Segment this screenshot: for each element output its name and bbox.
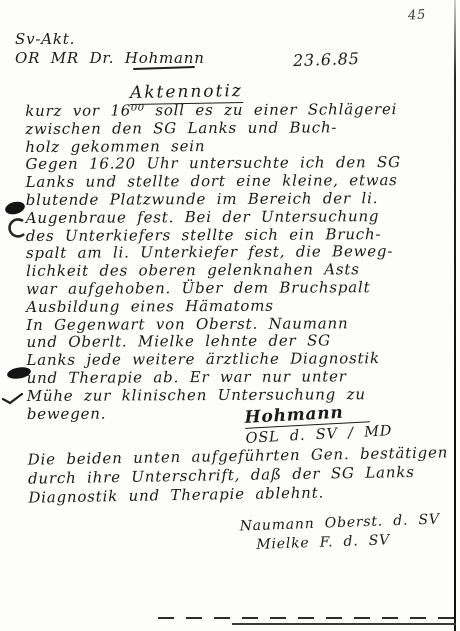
- file-reference: Sv-Akt.: [15, 30, 205, 49]
- witness-signatures: Naumann Oberst. d. SV Mielke F. d. SV: [239, 511, 440, 556]
- scan-edge-artifact: [158, 617, 456, 619]
- ink-blot-icon: [6, 365, 34, 381]
- body-line: kurz vor 16⁰⁰ soll es zu einer Schlägere…: [25, 101, 400, 121]
- scanned-page: 45 Sv-Akt. OR MR Dr. Hohmann 23.6.85 Akt…: [0, 0, 460, 631]
- confirmation-text: Die beiden unten aufgeführten Gen. bestä…: [28, 443, 449, 507]
- date: 23.6.85: [293, 49, 360, 70]
- author-line: OR MR Dr. Hohmann: [15, 49, 205, 68]
- scan-edge-artifact: [232, 623, 456, 625]
- body-text: kurz vor 16⁰⁰ soll es zu einer Schlägere…: [25, 101, 402, 423]
- ink-blot-icon: [3, 200, 29, 240]
- signature-block: Hohmann OSL d. SV / MD: [244, 400, 393, 447]
- body-line: zwischen den SG Lanks und Buch-: [25, 119, 400, 139]
- document-header: Sv-Akt. OR MR Dr. Hohmann: [15, 30, 205, 68]
- scan-edge-artifact: [454, 0, 456, 631]
- body-line: war aufgehoben. Über dem Bruchspalt: [26, 279, 401, 299]
- check-mark-icon: [2, 391, 24, 405]
- page-number: 45: [407, 7, 426, 23]
